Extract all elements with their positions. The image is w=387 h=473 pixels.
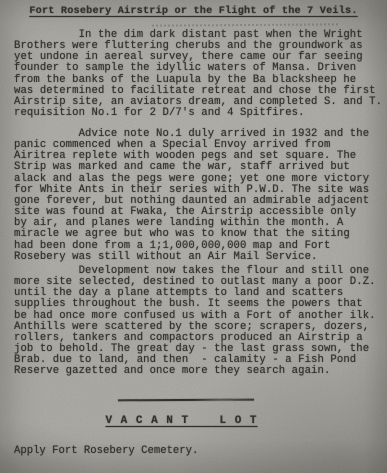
text-line: requisition No.1 for 2 D/7's and 4 Spitf… [14, 108, 386, 119]
paragraph: Advice note No.1 duly arrived in 1932 an… [14, 129, 386, 263]
document-title: Fort Rosebery Airstrip or the Flight of … [0, 6, 387, 17]
footer-text: Apply Fort Rosebery Cemetery. [14, 445, 198, 457]
vacant-lot-heading: V A C A N T L O T [0, 415, 375, 427]
paragraph: In the dim dark distant past when the Wr… [14, 30, 386, 119]
text-line: Rosebery was still without an Air Mail S… [14, 252, 386, 263]
text-line: founder to sample the idyllic waters of … [14, 63, 386, 74]
document-page: Fort Rosebery Airstrip or the Flight of … [0, 0, 387, 473]
divider-line [118, 399, 254, 402]
text-line: Strip was marked and came the war, staff… [14, 162, 386, 173]
text-line: Reserve gazetted and once more they sear… [14, 366, 386, 377]
text-line: miracle we agree but who was to know tha… [14, 229, 386, 240]
text-line: supplies throughout the bush. It seems t… [14, 299, 386, 310]
paragraph: Development now takes the flour and stil… [14, 266, 386, 378]
